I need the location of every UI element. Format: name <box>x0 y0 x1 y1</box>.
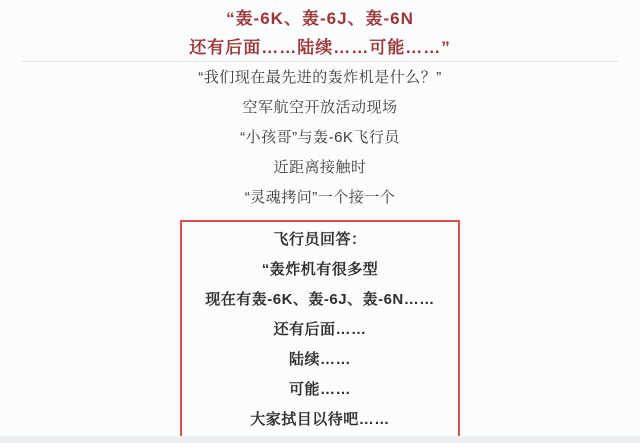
headline-line-1: “轰-6K、轰-6J、轰-6N <box>0 4 640 33</box>
body-line-question: “我们现在最先进的轰炸机是什么？” <box>0 63 640 93</box>
quote-line-answer-label: 飞行员回答： <box>182 225 458 255</box>
headline-line-2: 还有后面……陆续……可能……” <box>0 33 640 62</box>
article-body: “我们现在最先进的轰炸机是什么？” 空军航空开放活动现场 “小孩哥”与轰-6K飞… <box>0 62 640 213</box>
body-line-soul-question: “灵魂拷问”一个接一个 <box>0 183 640 213</box>
article-headline: “轰-6K、轰-6J、轰-6N 还有后面……陆续……可能……” <box>0 0 640 62</box>
quote-line-more-coming: 还有后面…… <box>182 315 458 345</box>
quote-line-many-types: “轰炸机有很多型 <box>182 255 458 285</box>
quote-line-maybe: 可能…… <box>182 375 458 405</box>
article-page: “轰-6K、轰-6J、轰-6N 还有后面……陆续……可能……” “我们现在最先进… <box>0 0 640 443</box>
quote-line-successively: 陆续…… <box>182 345 458 375</box>
quote-line-wait-and-see: 大家拭目以待吧…… <box>182 405 458 435</box>
body-line-pilot: “小孩哥”与轰-6K飞行员 <box>0 123 640 153</box>
quote-line-current-models: 现在有轰-6K、轰-6J、轰-6N…… <box>182 285 458 315</box>
pilot-answer-quote-box: 飞行员回答： “轰炸机有很多型 现在有轰-6K、轰-6J、轰-6N…… 还有后面… <box>180 220 460 441</box>
next-image-top-edge <box>0 436 640 443</box>
body-line-contact: 近距离接触时 <box>0 153 640 183</box>
body-line-venue: 空军航空开放活动现场 <box>0 93 640 123</box>
